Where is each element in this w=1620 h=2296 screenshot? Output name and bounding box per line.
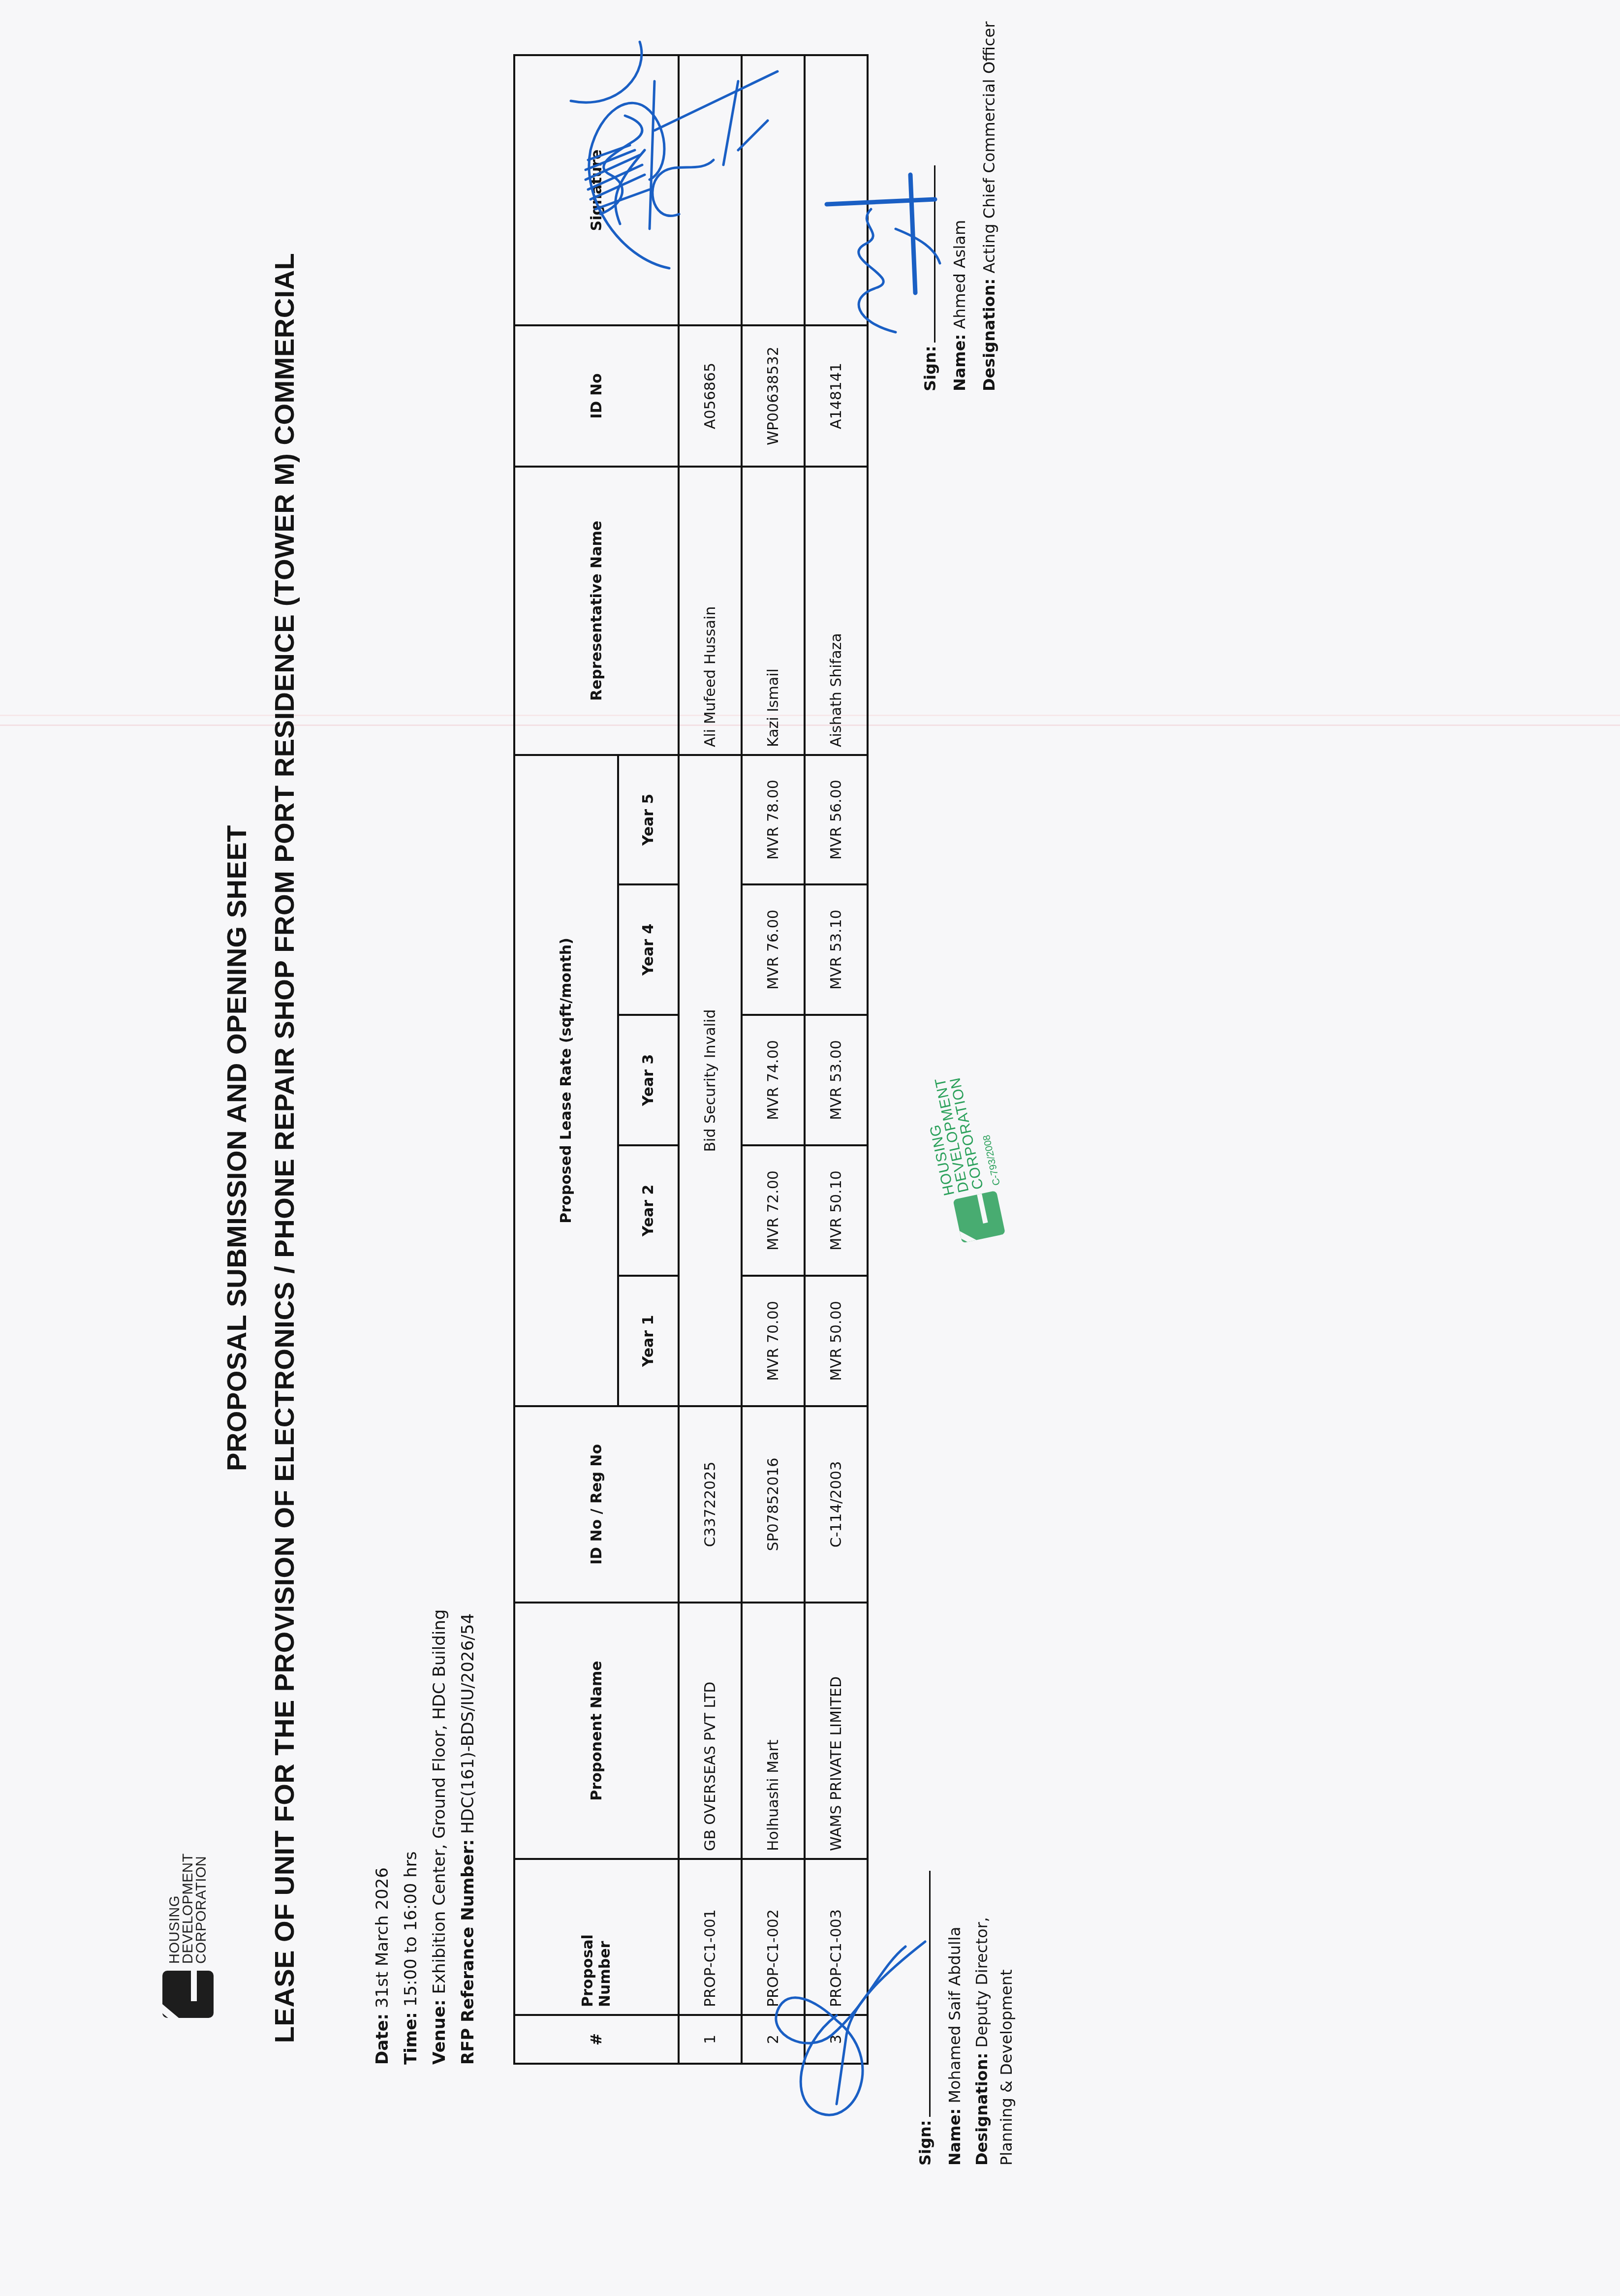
cell-year-3-rate: MVR 74.00 [742,1015,805,1145]
col-header-id-no: ID No [514,325,679,467]
meta-time-value: 15:00 to 16:00 hrs [401,1851,421,2007]
cell-proposal-number: PROP-C1-001 [679,1859,742,2015]
logo-line: DEVELOPMENT [182,1853,195,1964]
meta-rfp: RFP Referance Number: HDC(161)-BDS/IU/20… [454,1609,482,2065]
logo-line: HOUSING [168,1853,182,1964]
col-header-year-2: Year 2 [618,1145,679,1276]
cell-representative-name: Aishath Shifaza [805,467,868,755]
cell-representative-name: Ali Mufeed Hussain [679,467,742,755]
cell-index: 1 [679,2015,742,2064]
meta-venue-label: Venue: [430,1999,449,2065]
logo-line: CORPORATION [195,1853,208,1964]
cell-id-reg-no: C33722025 [679,1406,742,1603]
meta-rfp-label: RFP Referance Number: [458,1839,478,2065]
table-row: 1 PROP-C1-001 GB OVERSEAS PVT LTD C33722… [679,55,742,2064]
cell-id-reg-no: SP07852016 [742,1406,805,1603]
cell-year-2-rate: MVR 72.00 [742,1145,805,1276]
col-header-id-reg-no: ID No / Reg No [514,1406,679,1603]
page-subtitle: LEASE OF UNIT FOR THE PROVISION OF ELECT… [268,0,300,2296]
col-header-lease-rate: Proposed Lease Rate (sqft/month) [514,755,618,1406]
sign-label: Sign: [921,346,939,392]
cell-remark: Bid Security Invalid [679,755,742,1406]
name-label: Name: [950,334,969,391]
col-header-year-4: Year 4 [618,884,679,1015]
cell-year-4-rate: MVR 53.10 [805,884,868,1015]
signatory-name: Mohamed Saif Abdulla [945,1927,964,2104]
designation-row: Designation: Deputy Director, Planning &… [969,1851,1019,2166]
meta-time: Time: 15:00 to 16:00 hrs [397,1609,425,2065]
table-row: 3 PROP-C1-003 WAMS PRIVATE LIMITED C-114… [805,55,868,2064]
cell-year-1-rate: MVR 70.00 [742,1276,805,1406]
stamp-text: HOUSING DEVELOPMENT CORPORATION C-793/20… [918,1069,1004,1197]
signature-ink-row-3 [640,22,787,288]
signatory-name: Ahmed Aslam [950,220,969,329]
signatory-designation: Acting Chief Commercial Officer [980,22,998,274]
meta-date-label: Date: [373,2013,392,2065]
meta-venue-value: Exhibition Center, Ground Floor, HDC Bui… [430,1609,449,1994]
table-header-row: # Proposal Number Proponent Name ID No /… [514,55,618,2064]
company-stamp: HOUSING DEVELOPMENT CORPORATION C-793/20… [918,1069,1014,1245]
cell-proponent-name: GB OVERSEAS PVT LTD [679,1603,742,1859]
table-row: 2 PROP-C1-002 Holhuashi Mart SP07852016 … [742,55,805,2064]
meta-date: Date: 31st March 2026 [368,1609,397,2065]
col-header-year-5: Year 5 [618,755,679,884]
meta-block: Date: 31st March 2026 Time: 15:00 to 16:… [368,1609,482,2065]
cell-year-5-rate: MVR 78.00 [742,755,805,884]
cell-proponent-name: WAMS PRIVATE LIMITED [805,1603,868,1859]
meta-time-label: Time: [401,2012,421,2065]
designation-label: Designation: [972,2053,991,2166]
cell-id-reg-no: C-114/2003 [805,1406,868,1603]
meta-rfp-value: HDC(161)-BDS/IU/2026/54 [458,1613,478,1834]
cell-id-no: WP00638532 [742,325,805,467]
col-header-year-1: Year 1 [618,1276,679,1406]
cell-year-5-rate: MVR 56.00 [805,755,868,884]
cell-year-2-rate: MVR 50.10 [805,1145,868,1276]
col-header-index: # [514,2015,679,2064]
col-header-representative-name: Representative Name [514,467,679,755]
designation-row: Designation: Acting Chief Commercial Off… [974,22,1004,391]
name-row: Name: Mohamed Saif Abdulla [940,1851,969,2166]
col-header-year-3: Year 3 [618,1015,679,1145]
signature-ink-left [768,1902,940,2134]
document-page: HOUSING DEVELOPMENT CORPORATION PROPOSAL… [0,0,1620,2296]
logo-wordmark: HOUSING DEVELOPMENT CORPORATION [168,1853,208,1964]
signature-ink-right [797,145,945,352]
company-logo: HOUSING DEVELOPMENT CORPORATION [162,1853,214,2018]
cell-year-3-rate: MVR 53.00 [805,1015,868,1145]
col-header-proposal-number: Proposal Number [514,1859,679,2015]
cell-representative-name: Kazi Ismail [742,467,805,755]
cell-proponent-name: Holhuashi Mart [742,1603,805,1859]
name-label: Name: [945,2108,964,2166]
proposals-table: # Proposal Number Proponent Name ID No /… [513,54,869,2065]
cell-id-no: A056865 [679,325,742,467]
cell-year-4-rate: MVR 76.00 [742,884,805,1015]
col-header-proponent-name: Proponent Name [514,1603,679,1859]
designation-label: Designation: [980,279,998,391]
hdc-logo-icon [162,1971,214,2018]
hdc-stamp-icon [953,1191,1005,1243]
page-title: PROPOSAL SUBMISSION AND OPENING SHEET [220,0,252,2296]
meta-date-value: 31st March 2026 [373,1867,392,2008]
meta-venue: Venue: Exhibition Center, Ground Floor, … [425,1609,454,2065]
name-row: Name: Ahmed Aslam [945,22,974,391]
cell-year-1-rate: MVR 50.00 [805,1276,868,1406]
